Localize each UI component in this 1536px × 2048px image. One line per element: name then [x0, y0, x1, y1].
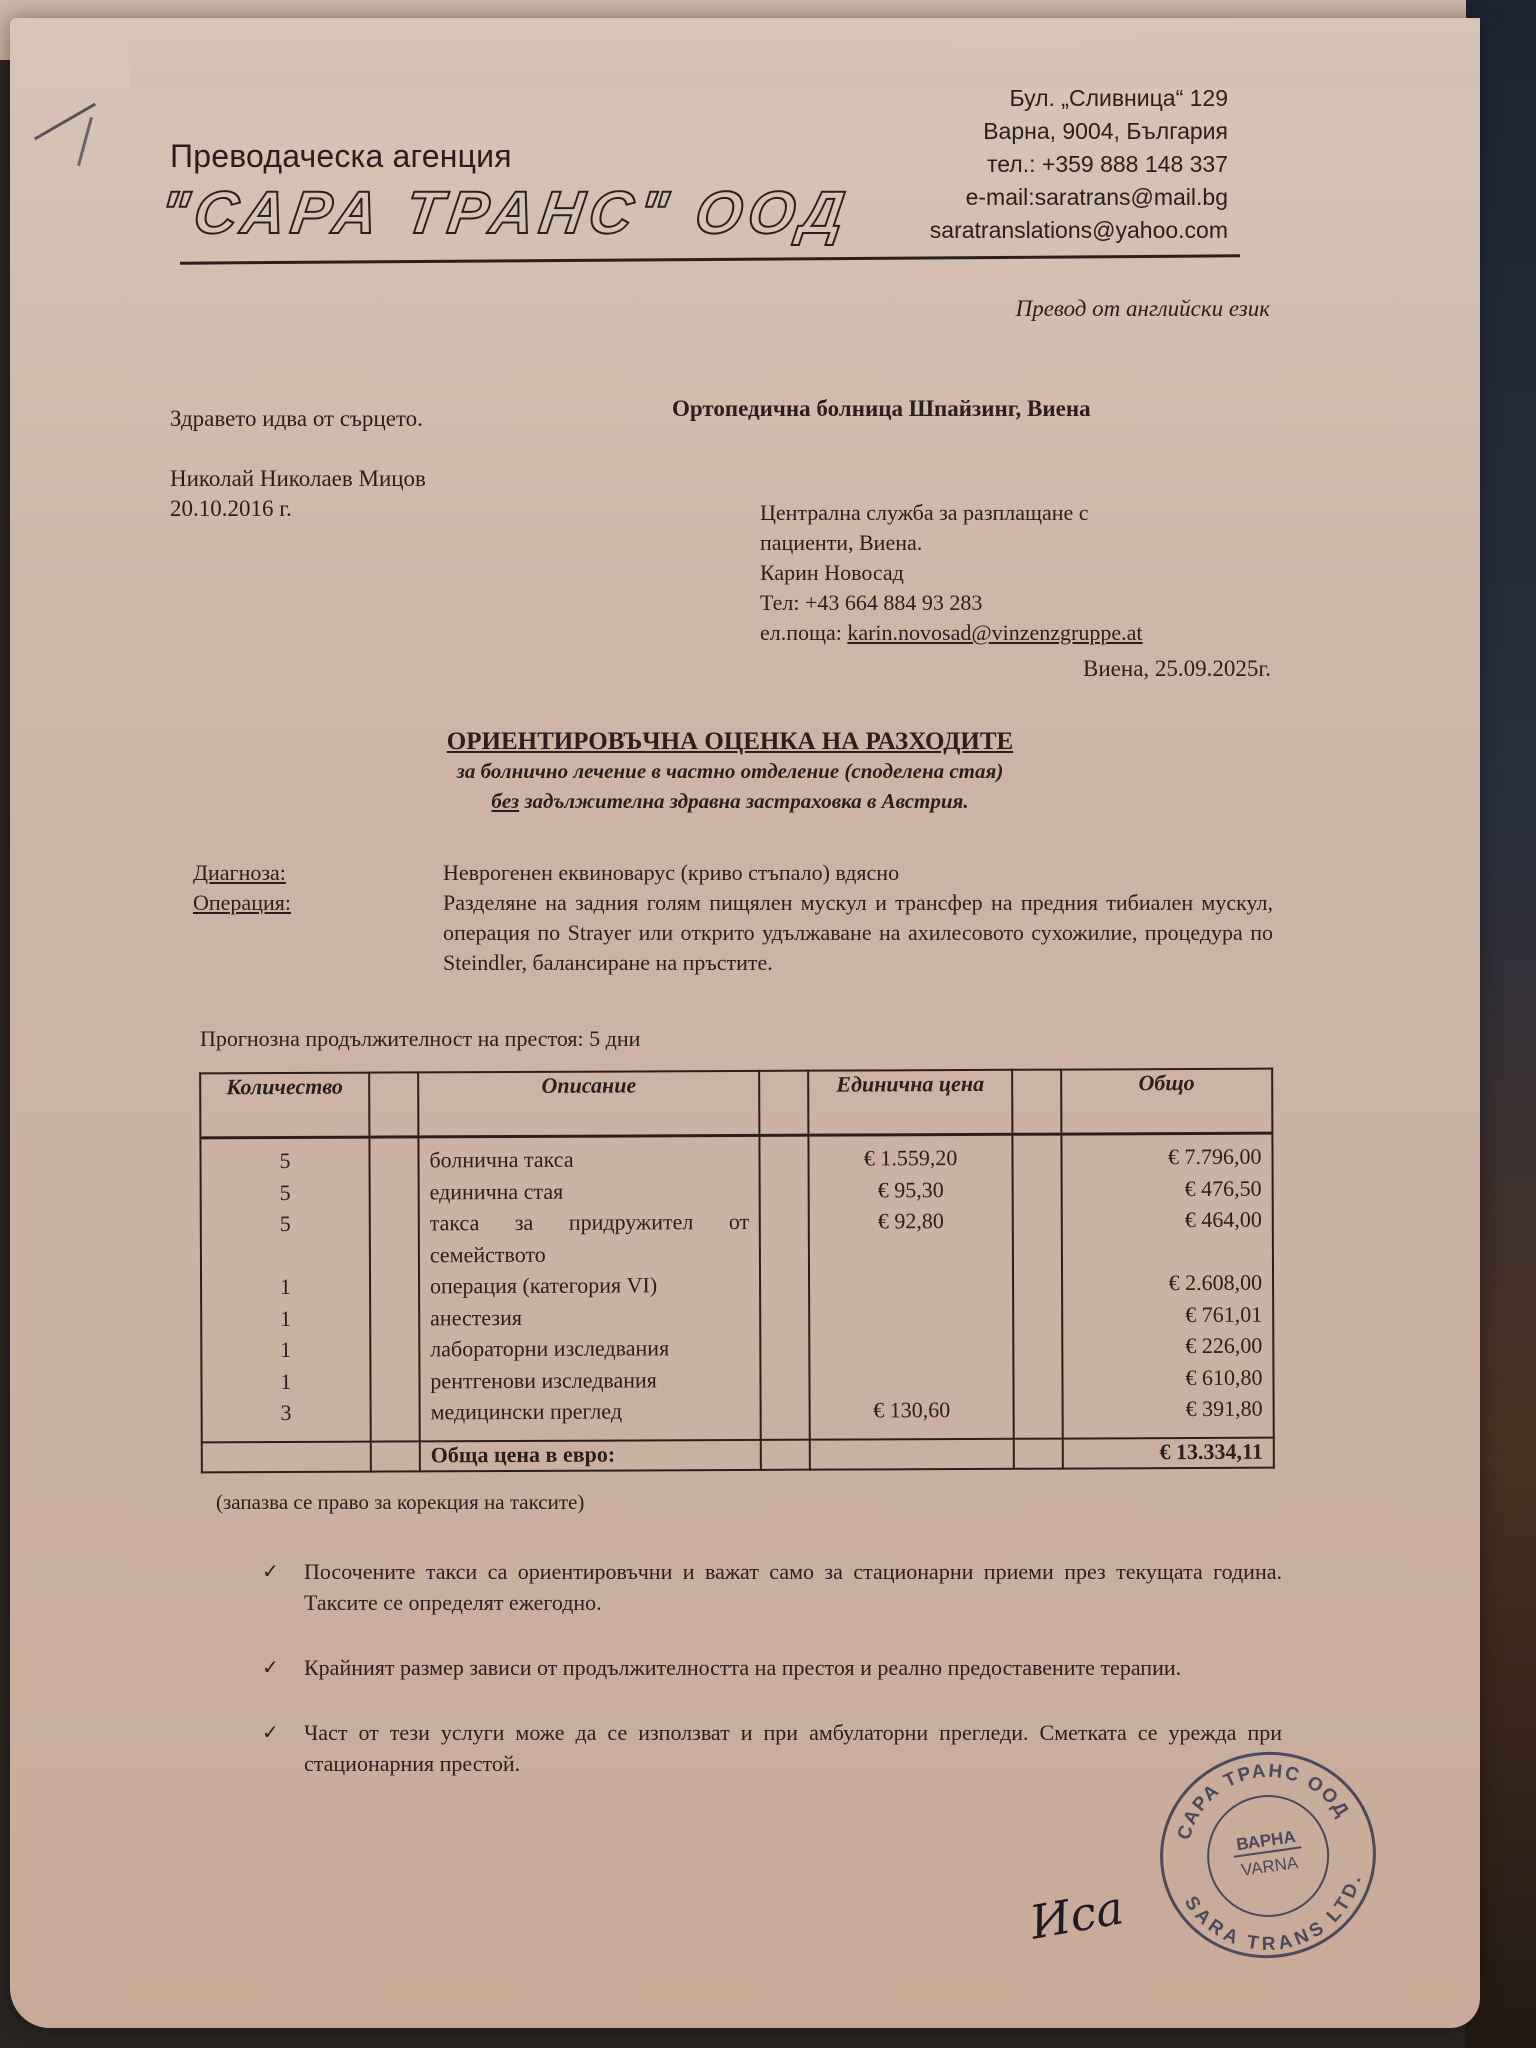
header-spacer: [1012, 1070, 1061, 1135]
note-text: Посочените такси са ориентировъчни и важ…: [304, 1556, 1282, 1618]
row-description: болнична такса: [429, 1143, 749, 1176]
row-total: € 761,01: [1073, 1298, 1262, 1330]
table-body-row: 555 11113 болнична таксаединична стаятак…: [200, 1133, 1273, 1442]
row-description: единична стая: [430, 1174, 750, 1207]
stay-duration: Прогнозна продължителност на престоя: 5 …: [200, 1026, 640, 1052]
patient-name: Николай Николаев Мицов: [170, 464, 426, 494]
total-empty: [761, 1439, 810, 1469]
row-unit-price: € 1.559,20: [820, 1142, 1001, 1174]
total-empty: [371, 1441, 420, 1471]
stamp-city-en: VARNA: [1210, 1849, 1330, 1885]
recipient-department: Централна служба за разплащане с: [760, 498, 1143, 528]
header-spacer: [369, 1072, 418, 1137]
recipient-phone: Тел: +43 664 884 93 283: [760, 588, 1143, 618]
row-total: € 391,80: [1073, 1393, 1262, 1425]
row-unit-price: € 95,30: [820, 1173, 1001, 1205]
row-quantity: 1: [212, 1271, 359, 1303]
diagnosis-value: Неврогенен еквиноварус (криво стъпало) в…: [443, 858, 1273, 888]
row-description: такса за придружител от семейството: [430, 1206, 750, 1270]
agency-address-line1: Бул. „Сливница“ 129: [930, 82, 1228, 115]
total-empty: [810, 1438, 1013, 1469]
medical-fields: Диагноза: Неврогенен еквиноварус (криво …: [193, 858, 1273, 978]
row-quantity: 5: [212, 1208, 359, 1240]
row-unit-price: € 92,80: [820, 1205, 1001, 1237]
row-description: анестезия: [430, 1300, 750, 1333]
row-description: рентгенови изследвания: [430, 1363, 750, 1396]
operation-label: Операция:: [193, 888, 443, 978]
checkmark-icon: ✓: [262, 1652, 304, 1683]
document-subtitle-2: без задължителна здравна застраховка в А…: [300, 786, 1160, 816]
diagnosis-label: Диагноза:: [193, 858, 443, 888]
agency-address-line2: Варна, 9004, България: [930, 115, 1228, 148]
total-value: € 13.334,11: [1062, 1437, 1273, 1468]
sender-block: Здравето идва от сърцето. Николай Никола…: [170, 404, 426, 524]
unit-price-column: € 1.559,20€ 95,30€ 92,80 € 130,60: [809, 1134, 1013, 1439]
header-spacer: [759, 1071, 808, 1136]
table-header-row: Количество Описание Единична цена Общо: [200, 1069, 1272, 1138]
note-text: Част от тези услуги може да се използват…: [304, 1717, 1282, 1779]
agency-type: Преводаческа агенция: [170, 138, 512, 175]
row-unit-price: [821, 1331, 1002, 1363]
pen-mark: [77, 117, 93, 166]
recipient-email-label: ел.поща:: [760, 620, 847, 645]
spacer-column: [369, 1137, 419, 1441]
document-content: Преводаческа агенция "САРА ТРАНС" ООД Бу…: [0, 0, 1536, 2048]
row-quantity: 1: [212, 1365, 359, 1397]
recipient-department-cont: пациенти, Виена.: [760, 528, 1143, 558]
subtitle-emphasis: без: [491, 789, 519, 813]
place-date: Виена, 25.09.2025г.: [1083, 656, 1271, 682]
quantity-column: 555 11113: [200, 1137, 370, 1442]
checkmark-icon: ✓: [262, 1556, 304, 1618]
row-unit-price: [821, 1362, 1002, 1394]
header-total: Общо: [1061, 1069, 1273, 1134]
row-description: медицински преглед: [430, 1395, 750, 1428]
signature: Иса: [1026, 1880, 1127, 1949]
motto: Здравето идва от сърцето.: [170, 404, 426, 434]
header-quantity: Количество: [200, 1073, 369, 1138]
total-empty: [202, 1441, 371, 1472]
diagnosis-row: Диагноза: Неврогенен еквиноварус (криво …: [193, 858, 1273, 888]
row-quantity: 1: [212, 1334, 359, 1366]
row-total: € 610,80: [1073, 1361, 1262, 1393]
row-quantity: 3: [213, 1397, 360, 1429]
total-label: Обща цена в евро:: [420, 1439, 762, 1470]
row-spacer: [820, 1236, 1001, 1268]
document-subtitle: за болнично лечение в частно отделение (…: [300, 756, 1160, 786]
total-column: € 7.796,00€ 476,50€ 464,00 € 2.608,00€ 7…: [1061, 1133, 1274, 1438]
row-total: € 226,00: [1073, 1330, 1262, 1362]
row-description: операция (категория VI): [430, 1269, 750, 1302]
notes-list: ✓ Посочените такси са ориентировъчни и в…: [262, 1556, 1282, 1813]
recipient-email-link[interactable]: karin.novosad@vinzenzgruppe.at: [847, 620, 1142, 645]
agency-name-logo: "САРА ТРАНС" ООД: [155, 178, 854, 247]
agency-phone: тел.: +359 888 148 337: [930, 148, 1228, 181]
row-unit-price: € 130,60: [821, 1394, 1002, 1426]
agency-email-secondary: saratranslations@yahoo.com: [930, 214, 1228, 247]
row-spacer: [212, 1239, 359, 1271]
spacer-column: [1012, 1134, 1062, 1438]
row-quantity: 5: [212, 1176, 359, 1208]
row-total: € 2.608,00: [1073, 1267, 1262, 1299]
row-spacer: [1073, 1235, 1262, 1267]
recipient-block: Централна служба за разплащане с пациент…: [760, 498, 1143, 648]
table-total-row: Обща цена в евро: € 13.334,11: [202, 1437, 1274, 1472]
company-stamp: САРА ТРАНС ООД SARA TRANS LTD. ВАРНА VAR…: [1147, 1738, 1390, 1972]
note-item: ✓ Крайният размер зависи от продължителн…: [262, 1652, 1282, 1683]
row-total: € 476,50: [1072, 1172, 1261, 1204]
document-title-block: ОРИЕНТИРОВЪЧНА ОЦЕНКА НА РАЗХОДИТЕ за бо…: [300, 728, 1160, 816]
total-empty: [1013, 1438, 1062, 1468]
note-text: Крайният размер зависи от продължителнос…: [304, 1652, 1282, 1683]
agency-email: e-mail:saratrans@mail.bg: [930, 181, 1228, 214]
row-total: € 7.796,00: [1072, 1141, 1261, 1173]
row-quantity: 1: [212, 1302, 359, 1334]
row-total: € 464,00: [1072, 1204, 1261, 1236]
header-divider: [180, 254, 1240, 264]
spacer-column: [760, 1135, 810, 1439]
note-item: ✓ Част от тези услуги може да се използв…: [262, 1717, 1282, 1779]
recipient-email-row: ел.поща: karin.novosad@vinzenzgruppe.at: [760, 618, 1143, 648]
row-description: лабораторни изследвания: [430, 1332, 750, 1365]
header-description: Описание: [418, 1071, 760, 1137]
row-unit-price: [821, 1299, 1002, 1331]
patient-birth-date: 20.10.2016 г.: [170, 494, 426, 524]
row-unit-price: [820, 1268, 1001, 1300]
operation-row: Операция: Разделяне на задния голям пищя…: [193, 888, 1273, 978]
operation-value: Разделяне на задния голям пищялен мускул…: [443, 888, 1273, 978]
row-quantity: 5: [211, 1145, 358, 1177]
reserve-note: (запазва се право за корекция на таксите…: [216, 1490, 584, 1515]
subtitle-rest: задължителна здравна застраховка в Австр…: [519, 789, 969, 813]
translation-note: Превод от английски език: [1016, 296, 1270, 322]
recipient-contact-name: Карин Новосад: [760, 558, 1143, 588]
hospital-name: Ортопедична болница Шпайзинг, Виена: [672, 396, 1091, 422]
note-item: ✓ Посочените такси са ориентировъчни и в…: [262, 1556, 1282, 1618]
header-unit-price: Единична цена: [809, 1070, 1012, 1135]
document-title: ОРИЕНТИРОВЪЧНА ОЦЕНКА НА РАЗХОДИТЕ: [300, 728, 1160, 756]
cost-table: Количество Описание Единична цена Общо 5…: [199, 1068, 1275, 1473]
checkmark-icon: ✓: [262, 1717, 304, 1779]
agency-contact-block: Бул. „Сливница“ 129 Варна, 9004, Българи…: [930, 82, 1228, 247]
description-column: болнична таксаединична стаятакса за прид…: [418, 1135, 761, 1440]
